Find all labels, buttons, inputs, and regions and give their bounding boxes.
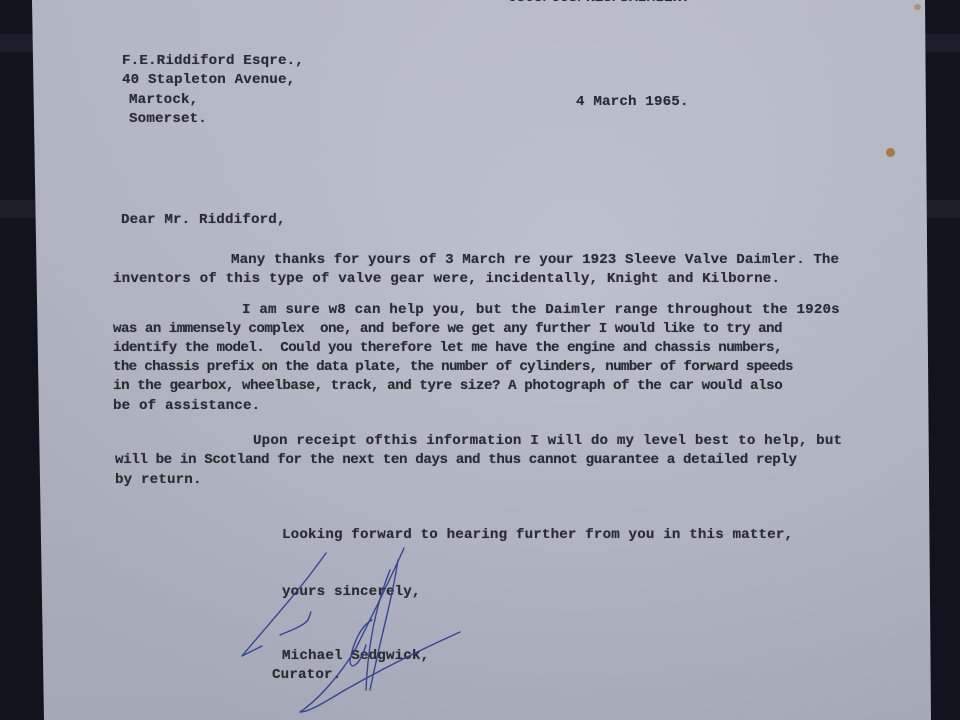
recipient-street: 40 Stapleton Avenue,	[122, 71, 295, 89]
recipient-county: Somerset.	[129, 110, 207, 128]
recipient-town: Martock,	[129, 91, 198, 109]
signatory-title: Curator.	[272, 666, 341, 684]
body-line: I am sure w8 can help you, but the Daiml…	[242, 301, 840, 319]
salutation: Dear Mr. Riddiford,	[121, 211, 286, 229]
body-line: the chassis prefix on the data plate, th…	[113, 358, 793, 376]
body-line: identify the model. Could you therefore …	[113, 339, 782, 357]
body-line: will be in Scotland for the next ten day…	[115, 451, 797, 469]
signatory-name: Michael Sedgwick,	[282, 647, 429, 665]
body-line: in the gearbox, wheelbase, track, and ty…	[113, 377, 782, 395]
recipient-name: F.E.Riddiford Esqre.,	[122, 52, 304, 70]
paper-stain	[886, 148, 895, 157]
letter-date: 4 March 1965.	[576, 93, 689, 111]
paper-stain	[914, 4, 921, 10]
reference-line: 6303/GGS/KES/DAIMLER.	[508, 0, 690, 7]
body-line: be of assistance.	[113, 397, 260, 415]
body-line: was an immensely complex one, and before…	[113, 320, 782, 338]
body-line: inventors of this type of valve gear wer…	[113, 270, 780, 288]
body-line: by return.	[115, 471, 202, 489]
valediction: yours sincerely,	[282, 583, 421, 601]
closing-line: Looking forward to hearing further from …	[282, 526, 793, 544]
body-line: Upon receipt ofthis information I will d…	[253, 432, 842, 450]
body-line: Many thanks for yours of 3 March re your…	[231, 251, 839, 269]
